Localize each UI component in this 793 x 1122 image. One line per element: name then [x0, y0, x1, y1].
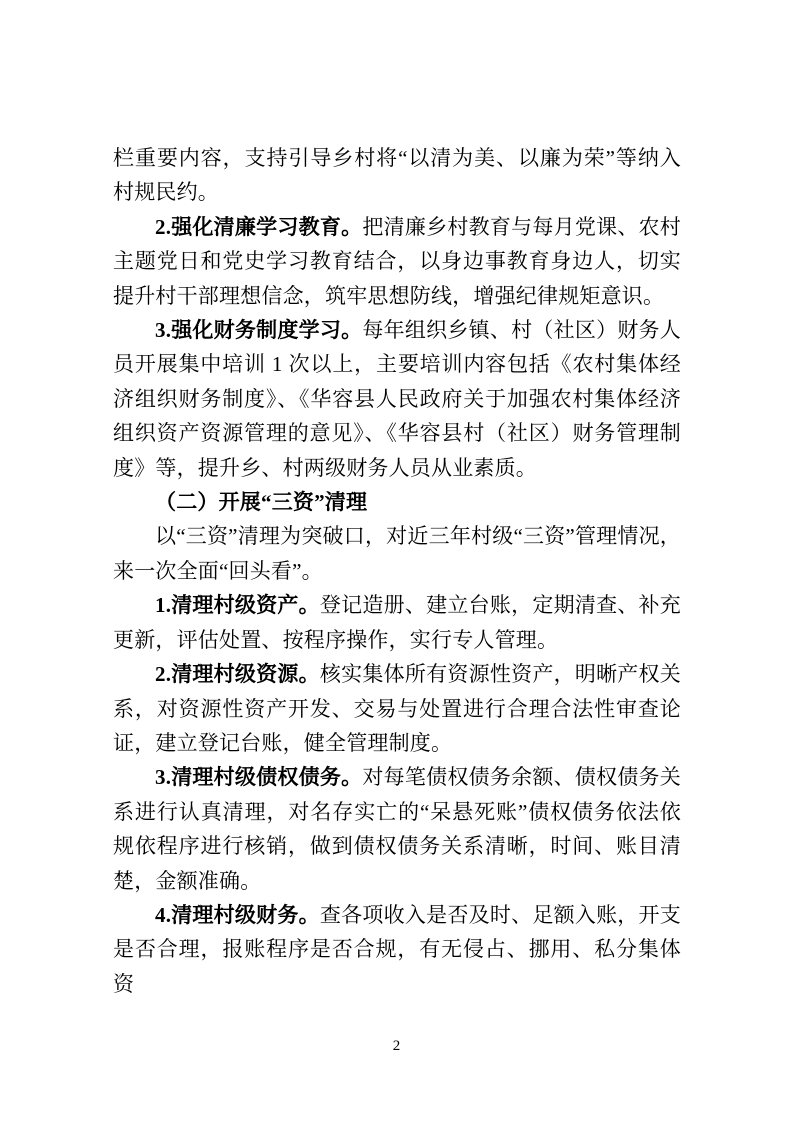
document-body: 栏重要内容，支持引导乡村将“以清为美、以廉为荣”等纳入村规民约。2.强化清廉学习…: [113, 141, 681, 1001]
paragraph-lead-text: 3.清理村级债权债务。: [155, 765, 362, 789]
paragraph-text: 以“三资”清理为突破口，对近三年村级“三资”管理情况，来一次全面“回头看”。: [113, 524, 681, 582]
paragraph-lead-text: 2.清理村级资源。: [155, 662, 320, 686]
paragraph-lead-text: 2.强化清廉学习教育。: [155, 215, 362, 239]
paragraph: 4.清理村级财务。查各项收入是否及时、足额入账，开支是否合理，报账程序是否合规，…: [113, 898, 681, 1001]
paragraph: 2.强化清廉学习教育。把清廉乡村教育与每月党课、农村主题党日和党史学习教育结合，…: [113, 210, 681, 313]
paragraph-text: 栏重要内容，支持引导乡村将“以清为美、以廉为荣”等纳入村规民约。: [113, 146, 681, 204]
paragraph: 2.清理村级资源。核实集体所有资源性资产，明晰产权关系，对资源性资产开发、交易与…: [113, 657, 681, 760]
paragraph: 1.清理村级资产。登记造册、建立台账，定期清查、补充更新，评估处置、按程序操作，…: [113, 588, 681, 657]
paragraph: 栏重要内容，支持引导乡村将“以清为美、以廉为荣”等纳入村规民约。: [113, 141, 681, 210]
paragraph: 3.清理村级债权债务。对每笔债权债务余额、债权债务关系进行认真清理，对名存实亡的…: [113, 760, 681, 898]
paragraph: 以“三资”清理为突破口，对近三年村级“三资”管理情况，来一次全面“回头看”。: [113, 519, 681, 588]
paragraph-text: 每年组织乡镇、村（社区）财务人员开展集中培训 1 次以上，主要培训内容包括《农村…: [113, 318, 681, 480]
page-number: 2: [0, 1038, 793, 1055]
paragraph-lead-text: 3.强化财务制度学习。: [155, 318, 362, 342]
document-page: 栏重要内容，支持引导乡村将“以清为美、以廉为荣”等纳入村规民约。2.强化清廉学习…: [0, 0, 793, 1122]
paragraph: 3.强化财务制度学习。每年组织乡镇、村（社区）财务人员开展集中培训 1 次以上，…: [113, 313, 681, 485]
paragraph-lead-text: 4.清理村级财务。: [155, 903, 320, 927]
section-heading: （二）开展“三资”清理: [113, 485, 681, 519]
paragraph-lead-text: 1.清理村级资产。: [155, 593, 320, 617]
paragraph-lead-text: （二）开展“三资”清理: [155, 490, 367, 514]
